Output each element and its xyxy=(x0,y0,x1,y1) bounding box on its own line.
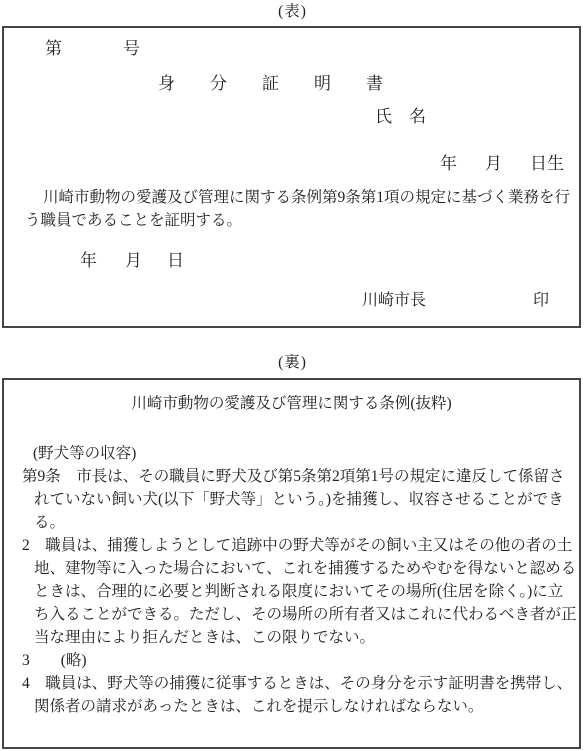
certification-statement-line: 川崎市動物の愛護及び管理に関する条例第9条第1項の規定に基づく業務を行 xyxy=(25,186,573,209)
issue-date-line: 年月日 xyxy=(80,252,184,269)
issue-day-label: 日 xyxy=(167,251,184,270)
ordinance-title: 川崎市動物の愛護及び管理に関する条例(抜粋) xyxy=(4,395,579,413)
law-text-line: 地、建物等に入った場合において、これを捕獲するためやむを得ないと認める xyxy=(22,557,575,580)
certificate-number-line: 第号 xyxy=(45,40,140,57)
law-text-line: れていない飼い犬(以下「野犬等」という。)を捕獲し、収容させることができ xyxy=(22,488,575,511)
law-text-line: 関係者の請求があったときは、これを提示しなければならない。 xyxy=(22,695,575,718)
id-card-back: 川崎市動物の愛護及び管理に関する条例(抜粋) (野犬等の収容) 第9条 市長は、… xyxy=(2,378,581,749)
law-text-line: 当な理由により拒んだときは、この限りでない。 xyxy=(22,626,575,649)
birthdate-line: 年月日生 xyxy=(440,155,564,172)
issuer-line: 川崎市長印 xyxy=(362,292,549,309)
birth-day-label: 日生 xyxy=(530,154,564,173)
law-text-line: る。 xyxy=(22,511,575,534)
certification-statement: 川崎市動物の愛護及び管理に関する条例第9条第1項の規定に基づく業務を行 う職員で… xyxy=(25,186,573,232)
issue-year-label: 年 xyxy=(80,251,97,270)
law-text-line: ち入ることができる。ただし、その場所の所有者又はこれに代わるべき者が正 xyxy=(22,603,575,626)
issuer-name: 川崎市長 xyxy=(362,292,426,309)
birth-year-label: 年 xyxy=(440,154,457,173)
law-text-line: 第9条 市長は、その職員に野犬及び第5条第2項第1号の規定に違反して係留さ xyxy=(22,465,575,488)
name-label: 氏 名 xyxy=(375,108,426,125)
ordinance-section-heading: (野犬等の収容) xyxy=(22,442,575,465)
certificate-title: 身分証明書 xyxy=(158,75,418,92)
law-text-line: 2 職員は、捕獲しようとして追跡中の野犬等がその飼い主又はその他の者の土 xyxy=(22,534,575,557)
certificate-number-prefix: 第 xyxy=(45,39,62,58)
birth-month-label: 月 xyxy=(485,154,502,173)
law-text-line: 4 職員は、野犬等の捕獲に従事するときは、その身分を示す証明書を携帯し、 xyxy=(22,672,575,695)
front-side-label: (表) xyxy=(0,0,585,26)
law-text-line: 3 (略) xyxy=(22,649,575,672)
seal-mark: 印 xyxy=(533,292,549,309)
ordinance-extract: (野犬等の収容) 第9条 市長は、その職員に野犬及び第5条第2項第1号の規定に違… xyxy=(22,442,575,718)
law-text-line: ときは、合理的に必要と判断される限度においてその場所(住居を除く。)に立 xyxy=(22,580,575,603)
id-card-front: 第号 身分証明書 氏 名 年月日生 川崎市動物の愛護及び管理に関する条例第9条第… xyxy=(2,26,581,328)
issue-month-label: 月 xyxy=(125,251,142,270)
certification-statement-line: う職員であることを証明する。 xyxy=(25,209,573,232)
back-side-label: (裏) xyxy=(0,350,585,378)
certificate-number-suffix: 号 xyxy=(123,39,140,58)
